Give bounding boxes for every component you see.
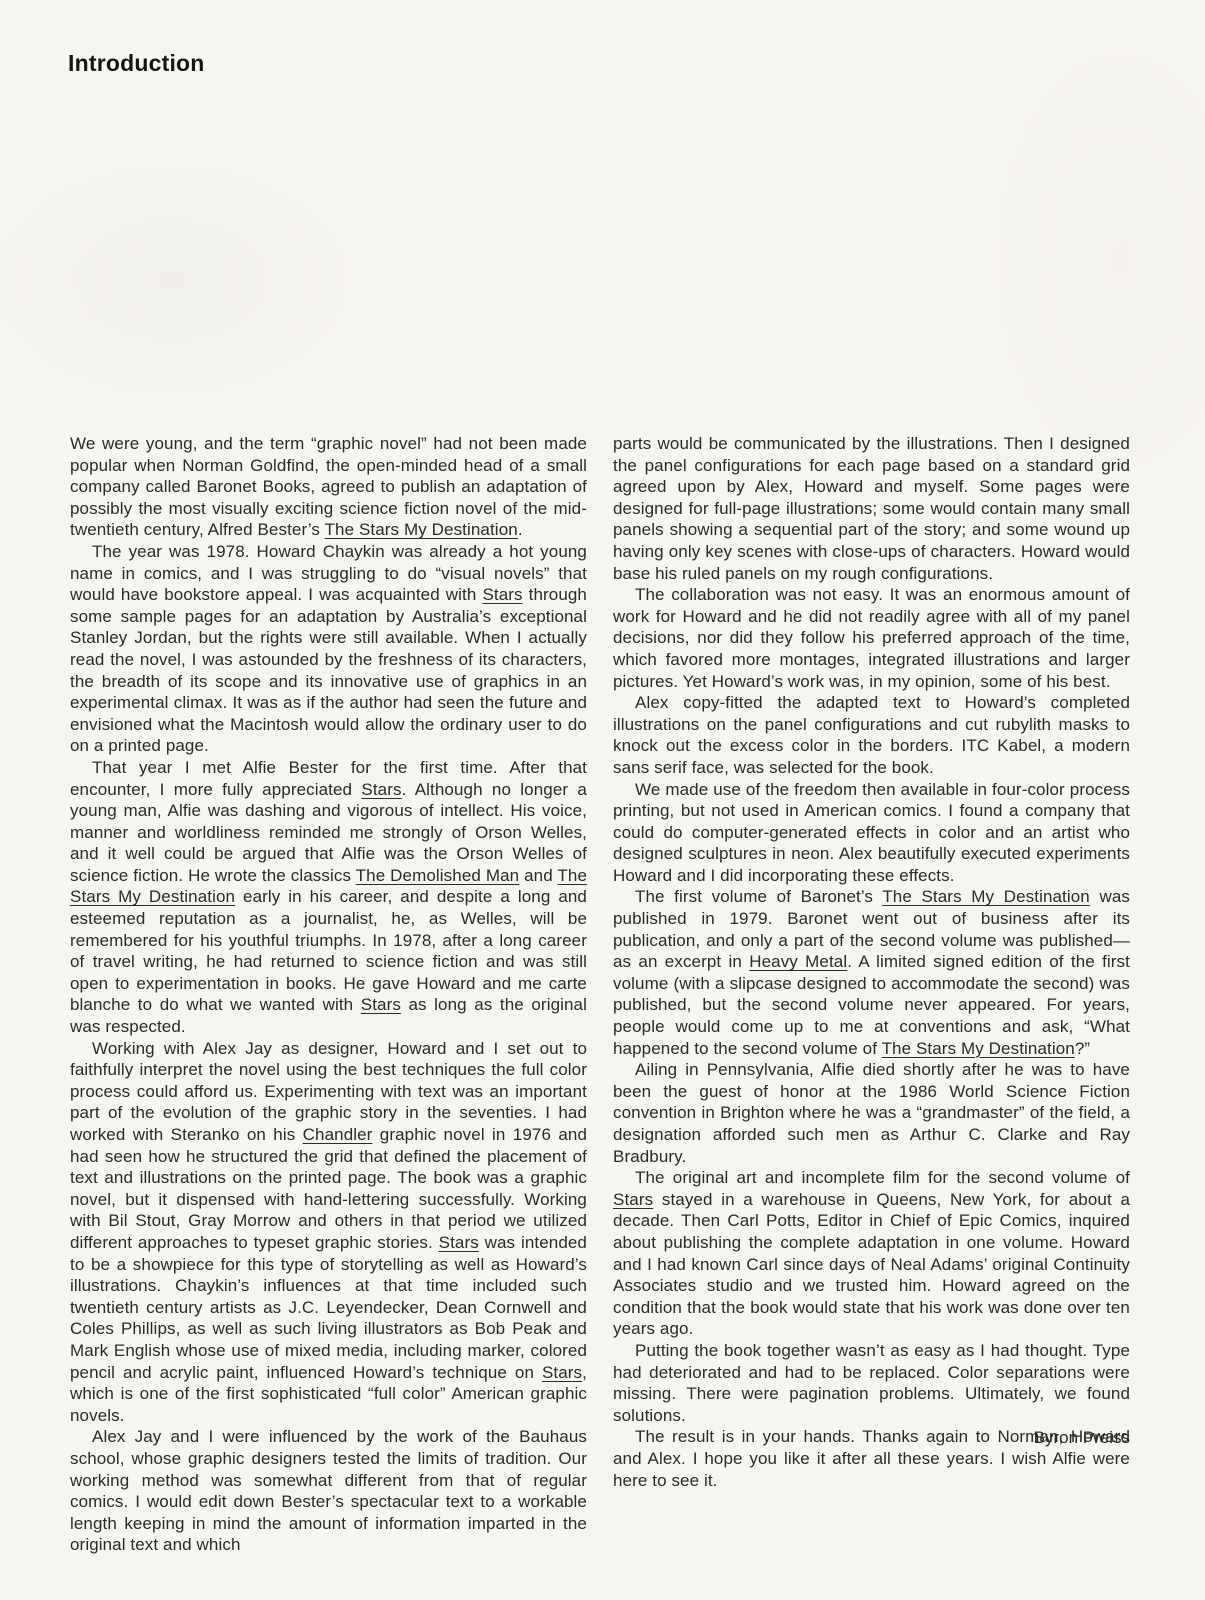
body-text: We made use of the freedom then availabl… — [613, 780, 1130, 885]
paragraph: We were young, and the term “graphic nov… — [70, 433, 587, 541]
body-text: Ailing in Pennsylvania, Alfie died short… — [613, 1060, 1130, 1165]
underlined-title-text: Chandler — [303, 1125, 373, 1144]
body-text: ?” — [1075, 1039, 1090, 1058]
column-right: parts would be communicated by the illus… — [613, 433, 1130, 1491]
body-text: The first volume of Baronet’s — [635, 887, 882, 906]
body-text: stayed in a warehouse in Queens, New Yor… — [613, 1190, 1130, 1339]
body-text: parts would be communicated by the illus… — [613, 434, 1130, 583]
underlined-title-text: Heavy Metal — [749, 952, 847, 971]
paragraph: We made use of the freedom then availabl… — [613, 779, 1130, 887]
body-text: Alex Jay and I were influenced by the wo… — [70, 1427, 587, 1554]
underlined-title-text: Stars — [482, 585, 522, 604]
body-text: was intended to be a showpiece for this … — [70, 1233, 587, 1382]
page-title: Introduction — [68, 50, 205, 77]
body-text: . — [518, 520, 523, 539]
body-columns: We were young, and the term “graphic nov… — [70, 433, 1130, 1556]
underlined-title-text: The Demolished Man — [356, 866, 520, 885]
body-text: through some sample pages for an adaptat… — [70, 585, 587, 755]
body-text: The collaboration was not easy. It was a… — [613, 585, 1130, 690]
body-text: Putting the book together wasn’t as easy… — [613, 1341, 1130, 1425]
underlined-title-text: Stars — [613, 1190, 653, 1209]
underlined-title-text: Stars — [439, 1233, 479, 1252]
underlined-title-text: The Stars My Destination — [325, 520, 518, 539]
paragraph: Putting the book together wasn’t as easy… — [613, 1340, 1130, 1426]
paragraph: Alex copy-fitted the adapted text to How… — [613, 692, 1130, 778]
underlined-title-text: Stars — [361, 995, 401, 1014]
paragraph: parts would be communicated by the illus… — [613, 433, 1130, 584]
paragraph: Working with Alex Jay as designer, Howar… — [70, 1038, 587, 1427]
paragraph: Ailing in Pennsylvania, Alfie died short… — [613, 1059, 1130, 1167]
paragraph: The year was 1978. Howard Chaykin was al… — [70, 541, 587, 757]
underlined-title-text: Stars — [542, 1363, 582, 1382]
body-text: The original art and incomplete film for… — [635, 1168, 1130, 1187]
paragraph: That year I met Alfie Bester for the fir… — [70, 757, 587, 1038]
paragraph: The collaboration was not easy. It was a… — [613, 584, 1130, 692]
paragraph: The original art and incomplete film for… — [613, 1167, 1130, 1340]
paragraph: The first volume of Baronet’s The Stars … — [613, 886, 1130, 1059]
underlined-title-text: The Stars My Destination — [882, 887, 1090, 906]
underlined-title-text: Stars — [361, 780, 401, 799]
underlined-title-text: The Stars My Destination — [882, 1039, 1075, 1058]
paragraph: Alex Jay and I were influenced by the wo… — [70, 1426, 587, 1556]
body-text: and — [519, 866, 557, 885]
column-left: We were young, and the term “graphic nov… — [70, 433, 587, 1556]
author-signature: Byron Preiss — [613, 1428, 1130, 1448]
book-page: Introduction We were young, and the term… — [0, 0, 1205, 1600]
body-text: Alex copy-fitted the adapted text to How… — [613, 693, 1130, 777]
